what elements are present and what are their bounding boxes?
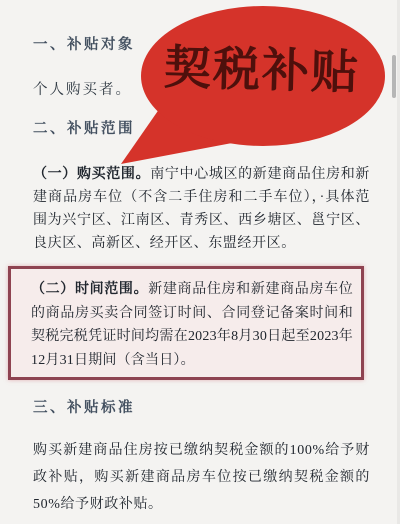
subsidy-target-text: 个人购买者。 bbox=[33, 83, 132, 98]
section-heading-subsidy-scope: 二、补贴范围 bbox=[33, 122, 135, 137]
purchase-scope-label: （一）购买范围。 bbox=[33, 165, 150, 181]
bubble-title: 契税补贴 bbox=[152, 43, 371, 96]
purchase-scope-paragraph: （一）购买范围。南宁中心城区的新建商品住房和新建商品房车位（不含二手住房和二手车… bbox=[33, 162, 370, 255]
subsidy-standard-paragraph: 购买新建商品住房按已缴纳契税金额的100%给予财政补贴，购买新建商品房车位按已缴… bbox=[33, 437, 370, 518]
time-scope-label: （二）时间范围。 bbox=[31, 280, 148, 296]
document-page: 契税补贴 一、补贴对象 个人购买者。 二、补贴范围 （一）购买范围。南宁中心城区… bbox=[0, 0, 400, 524]
section-heading-subsidy-standard: 三、补贴标准 bbox=[33, 401, 135, 416]
section-heading-subsidy-target: 一、补贴对象 bbox=[33, 38, 135, 53]
time-scope-highlight-box: （二）时间范围。新建商品住房和新建商品房车位的商品房买卖合同签订时间、合同登记备… bbox=[8, 266, 364, 380]
time-scope-paragraph: （二）时间范围。新建商品住房和新建商品房车位的商品房买卖合同签订时间、合同登记备… bbox=[31, 277, 353, 372]
scrollbar-thumb[interactable] bbox=[392, 55, 396, 98]
